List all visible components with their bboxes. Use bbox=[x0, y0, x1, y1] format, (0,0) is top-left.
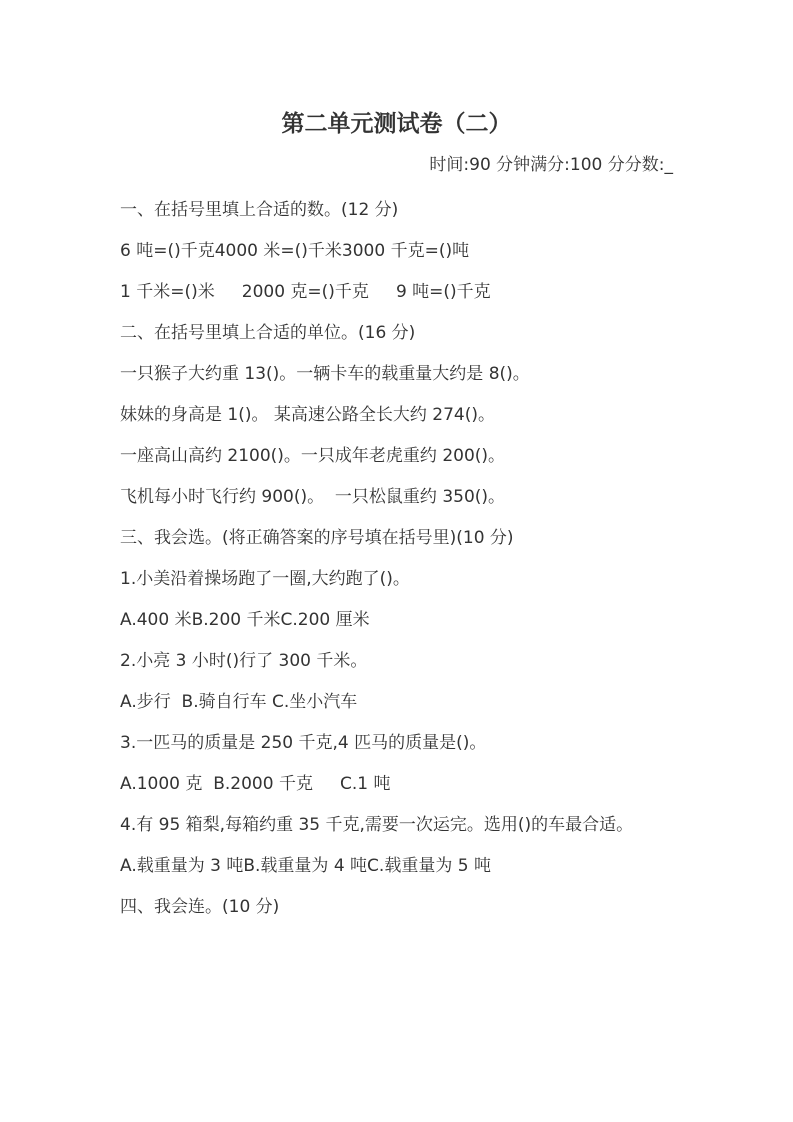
section-fill-numbers: 一、在括号里填上合适的数。(12 分) 6 吨=()千克4000 米=()千米3… bbox=[120, 190, 703, 313]
choice-line: A.步行 B.骑自行车 C.坐小汽车 bbox=[120, 682, 703, 723]
choice-line: A.载重量为 3 吨B.载重量为 4 吨C.载重量为 5 吨 bbox=[120, 846, 703, 887]
question-line: 一只猴子大约重 13()。一辆卡车的载重量大约是 8()。 bbox=[120, 354, 703, 395]
section-multiple-choice: 三、我会选。(将正确答案的序号填在括号里)(10 分) 1.小美沿着操场跑了一圈… bbox=[120, 518, 703, 887]
section-heading: 四、我会连。(10 分) bbox=[120, 887, 703, 928]
question-line: 一座高山高约 2100()。一只成年老虎重约 200()。 bbox=[120, 436, 703, 477]
question-body: 一、在括号里填上合适的数。(12 分) 6 吨=()千克4000 米=()千米3… bbox=[120, 190, 703, 928]
section-fill-units: 二、在括号里填上合适的单位。(16 分) 一只猴子大约重 13()。一辆卡车的载… bbox=[120, 313, 703, 518]
question-line: 4.有 95 箱梨,每箱约重 35 千克,需要一次运完。选用()的车最合适。 bbox=[120, 805, 703, 846]
question-line: 1 千米=()米 2000 克=()千克 9 吨=()千克 bbox=[120, 272, 703, 313]
section-heading: 一、在括号里填上合适的数。(12 分) bbox=[120, 190, 703, 231]
choice-line: A.400 米B.200 千米C.200 厘米 bbox=[120, 600, 703, 641]
question-line: 3.一匹马的质量是 250 千克,4 匹马的质量是()。 bbox=[120, 723, 703, 764]
test-paper-page: 第二单元测试卷（二） 时间:90 分钟满分:100 分分数:_ 一、在括号里填上… bbox=[0, 0, 793, 1122]
page-title: 第二单元测试卷（二） bbox=[0, 107, 793, 141]
question-line: 6 吨=()千克4000 米=()千米3000 千克=()吨 bbox=[120, 231, 703, 272]
question-line: 1.小美沿着操场跑了一圈,大约跑了()。 bbox=[120, 559, 703, 600]
choice-line: A.1000 克 B.2000 千克 C.1 吨 bbox=[120, 764, 703, 805]
time-score-line: 时间:90 分钟满分:100 分分数:_ bbox=[429, 153, 673, 177]
question-line: 妹妹的身高是 1()。 某高速公路全长大约 274()。 bbox=[120, 395, 703, 436]
section-matching: 四、我会连。(10 分) bbox=[120, 887, 703, 928]
section-heading: 三、我会选。(将正确答案的序号填在括号里)(10 分) bbox=[120, 518, 703, 559]
question-line: 2.小亮 3 小时()行了 300 千米。 bbox=[120, 641, 703, 682]
question-line: 飞机每小时飞行约 900()。 一只松鼠重约 350()。 bbox=[120, 477, 703, 518]
section-heading: 二、在括号里填上合适的单位。(16 分) bbox=[120, 313, 703, 354]
